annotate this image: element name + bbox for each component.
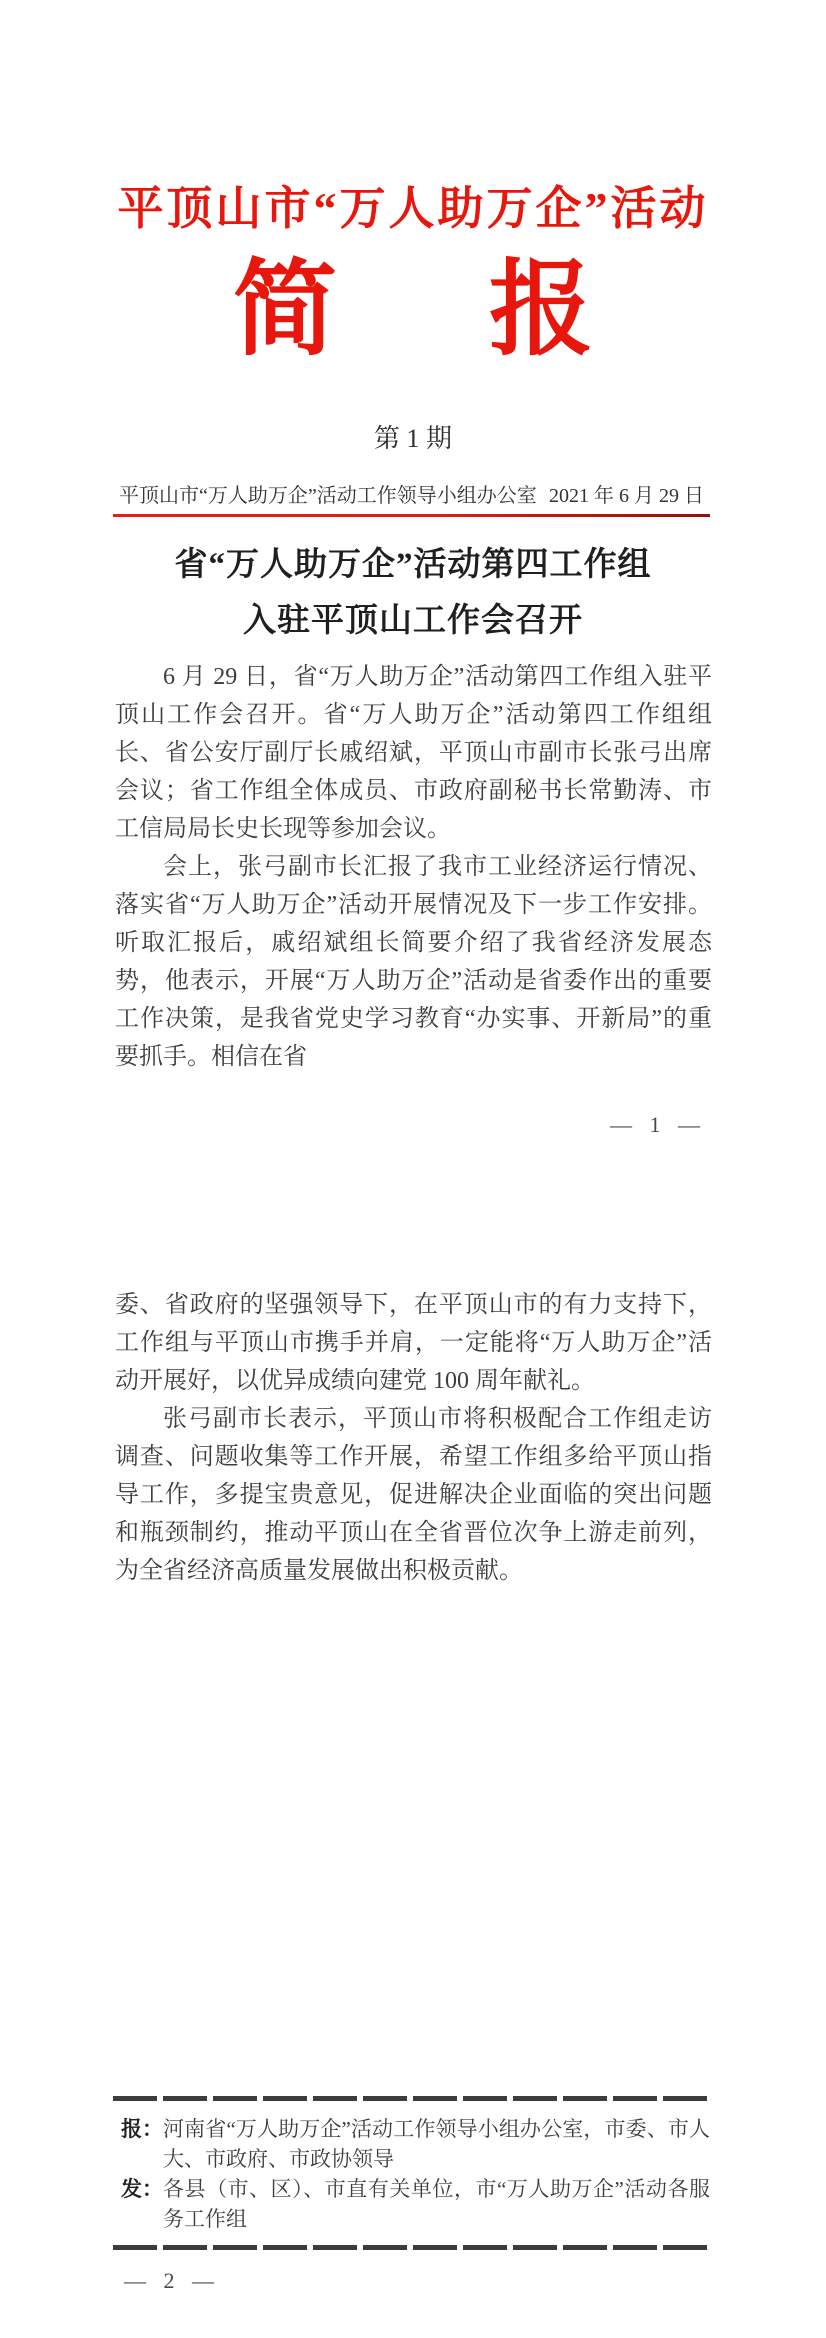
bulletin-name-char-1: 简 xyxy=(233,252,337,370)
distribute-to-label: 发： xyxy=(121,2174,163,2204)
page2-body: 委、省政府的坚强领导下，在平顶山市的有力支持下，工作组与平顶山市携手并肩，一定能… xyxy=(115,1286,712,1590)
bulletin-name: 简 报 xyxy=(0,252,826,370)
body-paragraph: 会上，张弓副市长汇报了我市工业经济运行情况、落实省“万人助万企”活动开展情况及下… xyxy=(115,848,712,1076)
report-to-text: 河南省“万人助万企”活动工作领导小组办公室，市委、市人大、市政府、市政协领导 xyxy=(163,2114,710,2174)
issuing-office: 平顶山市“万人助万企”活动工作领导小组办公室 xyxy=(119,479,537,508)
masthead-divider-rule xyxy=(113,514,710,517)
report-to-entry: 报： 河南省“万人助万企”活动工作领导小组办公室，市委、市人大、市政府、市政协领… xyxy=(113,2114,710,2174)
body-paragraph: 6 月 29 日，省“万人助万企”活动第四工作组入驻平顶山工作会召开。省“万人助… xyxy=(115,658,712,848)
article-title-line-2: 入驻平顶山工作会召开 xyxy=(0,593,826,649)
issue-number: 第 1 期 xyxy=(0,418,826,455)
page-number-1: — 1 — xyxy=(610,1112,706,1138)
body-paragraph-continuation: 委、省政府的坚强领导下，在平顶山市的有力支持下，工作组与平顶山市携手并肩，一定能… xyxy=(115,1286,712,1400)
distribute-to-text: 各县（市、区）、市直有关单位，市“万人助万企”活动各服务工作组 xyxy=(163,2174,710,2234)
page1-body: 6 月 29 日，省“万人助万企”活动第四工作组入驻平顶山工作会召开。省“万人助… xyxy=(115,658,712,1076)
report-to-label: 报： xyxy=(121,2114,163,2144)
bulletin-name-char-2: 报 xyxy=(489,252,593,370)
distribute-to-entry: 发： 各县（市、区）、市直有关单位，市“万人助万企”活动各服务工作组 xyxy=(113,2174,710,2234)
article-title: 省“万人助万企”活动第四工作组 入驻平顶山工作会召开 xyxy=(0,537,826,649)
footer-divider-top xyxy=(113,2096,710,2101)
bulletin-activity-title: 平顶山市“万人助万企”活动 xyxy=(0,172,826,238)
footer-divider-bottom xyxy=(113,2245,710,2250)
body-paragraph: 张弓副市长表示，平顶山市将积极配合工作组走访调查、问题收集等工作开展，希望工作组… xyxy=(115,1400,712,1590)
issuer-row: 平顶山市“万人助万企”活动工作领导小组办公室 2021 年 6 月 29 日 xyxy=(113,479,710,508)
page-number-2: — 2 — xyxy=(124,2268,220,2294)
bulletin-document-page: 平顶山市“万人助万企”活动 简 报 第 1 期 平顶山市“万人助万企”活动工作领… xyxy=(0,0,826,2338)
issue-date: 2021 年 6 月 29 日 xyxy=(549,479,704,508)
article-title-line-1: 省“万人助万企”活动第四工作组 xyxy=(0,537,826,593)
distribution-footer: 报： 河南省“万人助万企”活动工作领导小组办公室，市委、市人大、市政府、市政协领… xyxy=(113,2096,710,2250)
